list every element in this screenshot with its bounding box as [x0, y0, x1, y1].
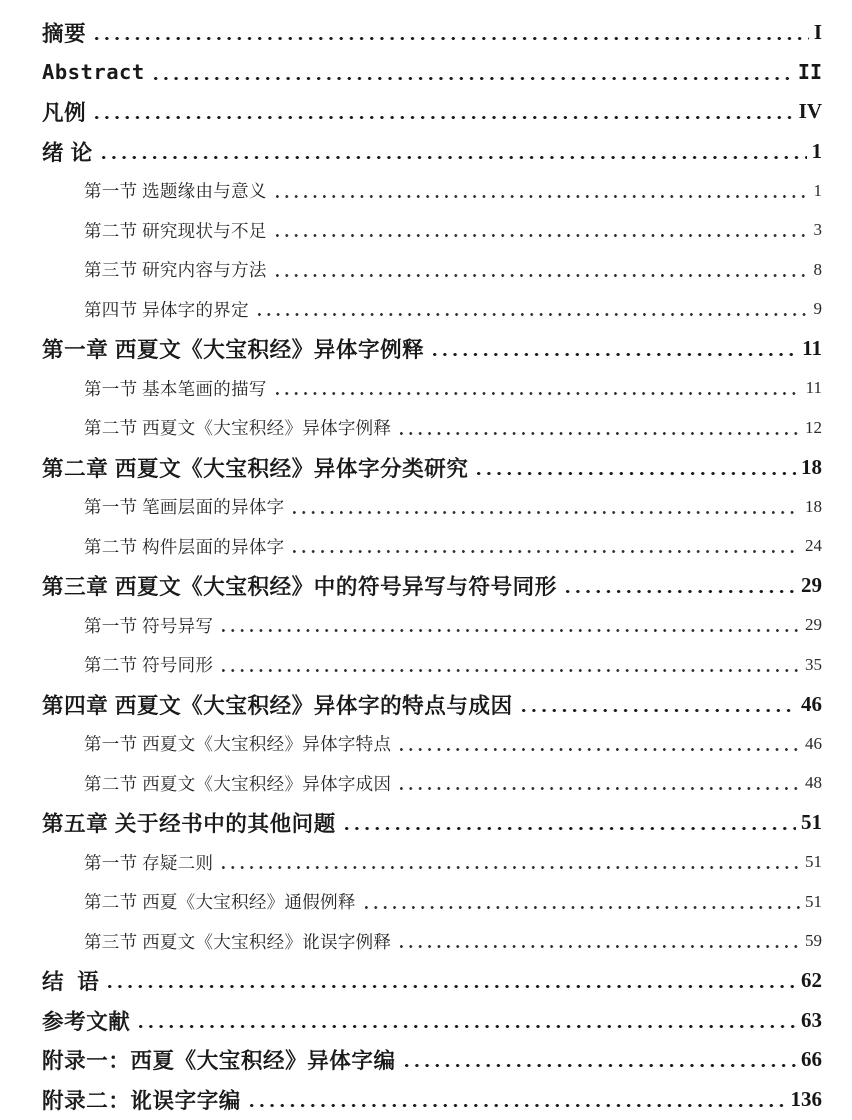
toc-entry-page: 48 — [805, 773, 822, 793]
toc-entry-label: 第二节 构件层面的异体字 — [84, 534, 284, 559]
dot-leader — [293, 487, 800, 527]
dot-leader — [154, 53, 793, 93]
toc-entry-label: 第一节 存疑二则 — [84, 850, 213, 875]
toc-entry: 摘要 I — [0, 13, 822, 53]
toc-entry: 第一节 存疑二则 51 — [0, 843, 822, 883]
toc-entry-label: 第一章 西夏文《大宝积经》异体字例释 — [42, 333, 424, 364]
toc-entry-page: 62 — [801, 968, 822, 993]
dot-leader — [276, 369, 801, 409]
dot-leader — [222, 843, 800, 883]
toc-entry-label: 第二章 西夏文《大宝积经》异体字分类研究 — [42, 452, 468, 483]
toc-entry: 第三节 西夏文《大宝积经》讹误字例释 59 — [0, 922, 822, 962]
toc-entry-page: II — [798, 60, 822, 84]
toc-entry-label: 第二节 西夏《大宝积经》通假例释 — [84, 889, 356, 914]
toc-entry: 第五章 关于经书中的其他问题 51 — [0, 803, 822, 843]
toc-entry: 凡例 IV — [0, 92, 822, 132]
toc-entry-label: 第二节 西夏文《大宝积经》异体字例释 — [84, 415, 391, 440]
toc-entry-page: 63 — [801, 1008, 822, 1033]
dot-leader — [102, 132, 807, 172]
toc-entry-label: 凡例 — [42, 96, 86, 127]
toc-entry-page: I — [814, 20, 822, 45]
toc-entry-page: 51 — [805, 852, 822, 872]
toc-entry: Abstract II — [0, 53, 822, 93]
toc-entry-label: 第三节 研究内容与方法 — [84, 257, 267, 282]
toc-entry: 附录二：讹误字字编 136 — [0, 1080, 822, 1120]
dot-leader — [566, 566, 796, 606]
dot-leader — [250, 1080, 786, 1120]
toc-entry-page: 1 — [812, 139, 823, 164]
toc-entry-label: 第五章 关于经书中的其他问题 — [42, 807, 336, 838]
toc-entry: 第一节 西夏文《大宝积经》异体字特点 46 — [0, 724, 822, 764]
dot-leader — [345, 803, 796, 843]
toc-entry-page: 59 — [805, 931, 822, 951]
toc-entry-page: 3 — [814, 220, 823, 240]
toc-entry: 第二节 构件层面的异体字 24 — [0, 527, 822, 567]
toc-entry-page: 136 — [791, 1087, 823, 1112]
toc-entry-label: 第二节 符号同形 — [84, 652, 213, 677]
toc-entry: 第一节 选题缘由与意义 1 — [0, 171, 822, 211]
toc-entry-page: 11 — [802, 336, 822, 361]
toc-entry-page: 8 — [814, 260, 823, 280]
toc-entry: 第四节 异体字的界定 9 — [0, 290, 822, 330]
toc-entry-label: Abstract — [42, 60, 145, 84]
toc-entry-label: 第三节 西夏文《大宝积经》讹误字例释 — [84, 929, 391, 954]
toc-entry-page: 35 — [805, 655, 822, 675]
toc-entry-page: 29 — [801, 573, 822, 598]
toc-entry-page: 46 — [805, 734, 822, 754]
dot-leader — [293, 527, 800, 567]
toc-entry: 第二节 西夏文《大宝积经》异体字成因 48 — [0, 764, 822, 804]
dot-leader — [433, 329, 797, 369]
dot-leader — [400, 724, 800, 764]
toc-entry-label: 第四节 异体字的界定 — [84, 297, 249, 322]
toc-entry-page: 24 — [805, 536, 822, 556]
dot-leader — [400, 408, 800, 448]
toc-entry: 第一节 符号异写 29 — [0, 606, 822, 646]
dot-leader — [522, 685, 796, 725]
toc-entry-page: 51 — [805, 892, 822, 912]
dot-leader — [400, 922, 800, 962]
toc-entry: 第二节 符号同形 35 — [0, 645, 822, 685]
toc-entry-label: 第一节 基本笔画的描写 — [84, 376, 267, 401]
toc-entry: 第二节 西夏《大宝积经》通假例释 51 — [0, 882, 822, 922]
toc-entry-label: 第二节 西夏文《大宝积经》异体字成因 — [84, 771, 391, 796]
toc-page: 摘要 I Abstract II 凡例 IV 绪 论 1 第一节 选题缘由与意义… — [0, 0, 852, 1120]
toc-entry: 第一节 笔画层面的异体字 18 — [0, 487, 822, 527]
dot-leader — [405, 1040, 796, 1080]
toc-entry-label: 附录一：西夏《大宝积经》异体字编 — [42, 1044, 396, 1075]
dot-leader — [276, 211, 809, 251]
toc-entry-page: 46 — [801, 692, 822, 717]
toc-list: 摘要 I Abstract II 凡例 IV 绪 论 1 第一节 选题缘由与意义… — [0, 13, 822, 1119]
toc-entry-page: 18 — [801, 455, 822, 480]
dot-leader — [258, 290, 809, 330]
dot-leader — [477, 448, 796, 488]
toc-entry-page: 11 — [806, 378, 822, 398]
toc-entry-page: 29 — [805, 615, 822, 635]
toc-entry-label: 绪 论 — [42, 136, 93, 167]
dot-leader — [222, 645, 800, 685]
toc-entry: 第一节 基本笔画的描写 11 — [0, 369, 822, 409]
toc-entry: 第一章 西夏文《大宝积经》异体字例释 11 — [0, 329, 822, 369]
dot-leader — [400, 764, 800, 804]
toc-entry-page: 12 — [805, 418, 822, 438]
dot-leader — [222, 606, 800, 646]
toc-entry: 绪 论 1 — [0, 132, 822, 172]
toc-entry-page: 1 — [814, 181, 823, 201]
dot-leader — [276, 250, 809, 290]
toc-entry-page: 9 — [814, 299, 823, 319]
dot-leader — [108, 961, 796, 1001]
toc-entry-label: 第一节 西夏文《大宝积经》异体字特点 — [84, 731, 391, 756]
toc-entry: 第二章 西夏文《大宝积经》异体字分类研究 18 — [0, 448, 822, 488]
toc-entry-label: 第一节 选题缘由与意义 — [84, 178, 267, 203]
toc-entry-page: 18 — [805, 497, 822, 517]
toc-entry-page: 66 — [801, 1047, 822, 1072]
toc-entry-label: 附录二：讹误字字编 — [42, 1084, 241, 1115]
dot-leader — [276, 171, 809, 211]
toc-entry: 结 语 62 — [0, 961, 822, 1001]
toc-entry-label: 参考文献 — [42, 1005, 130, 1036]
toc-entry-label: 第四章 西夏文《大宝积经》异体字的特点与成因 — [42, 689, 513, 720]
toc-entry-label: 摘要 — [42, 17, 86, 48]
toc-entry-page: 51 — [801, 810, 822, 835]
dot-leader — [365, 882, 800, 922]
toc-entry: 第三节 研究内容与方法 8 — [0, 250, 822, 290]
toc-entry: 第二节 西夏文《大宝积经》异体字例释 12 — [0, 408, 822, 448]
dot-leader — [95, 13, 809, 53]
toc-entry-label: 第一节 笔画层面的异体字 — [84, 494, 284, 519]
toc-entry: 第四章 西夏文《大宝积经》异体字的特点与成因 46 — [0, 685, 822, 725]
toc-entry: 第三章 西夏文《大宝积经》中的符号异写与符号同形 29 — [0, 566, 822, 606]
toc-entry-label: 第一节 符号异写 — [84, 613, 213, 638]
dot-leader — [139, 1001, 796, 1041]
toc-entry: 第二节 研究现状与不足 3 — [0, 211, 822, 251]
toc-entry-page: IV — [799, 99, 822, 124]
toc-entry: 附录一：西夏《大宝积经》异体字编 66 — [0, 1040, 822, 1080]
toc-entry-label: 第二节 研究现状与不足 — [84, 218, 267, 243]
toc-entry: 参考文献 63 — [0, 1001, 822, 1041]
dot-leader — [95, 92, 793, 132]
toc-entry-label: 结 语 — [42, 965, 99, 996]
toc-entry-label: 第三章 西夏文《大宝积经》中的符号异写与符号同形 — [42, 570, 557, 601]
